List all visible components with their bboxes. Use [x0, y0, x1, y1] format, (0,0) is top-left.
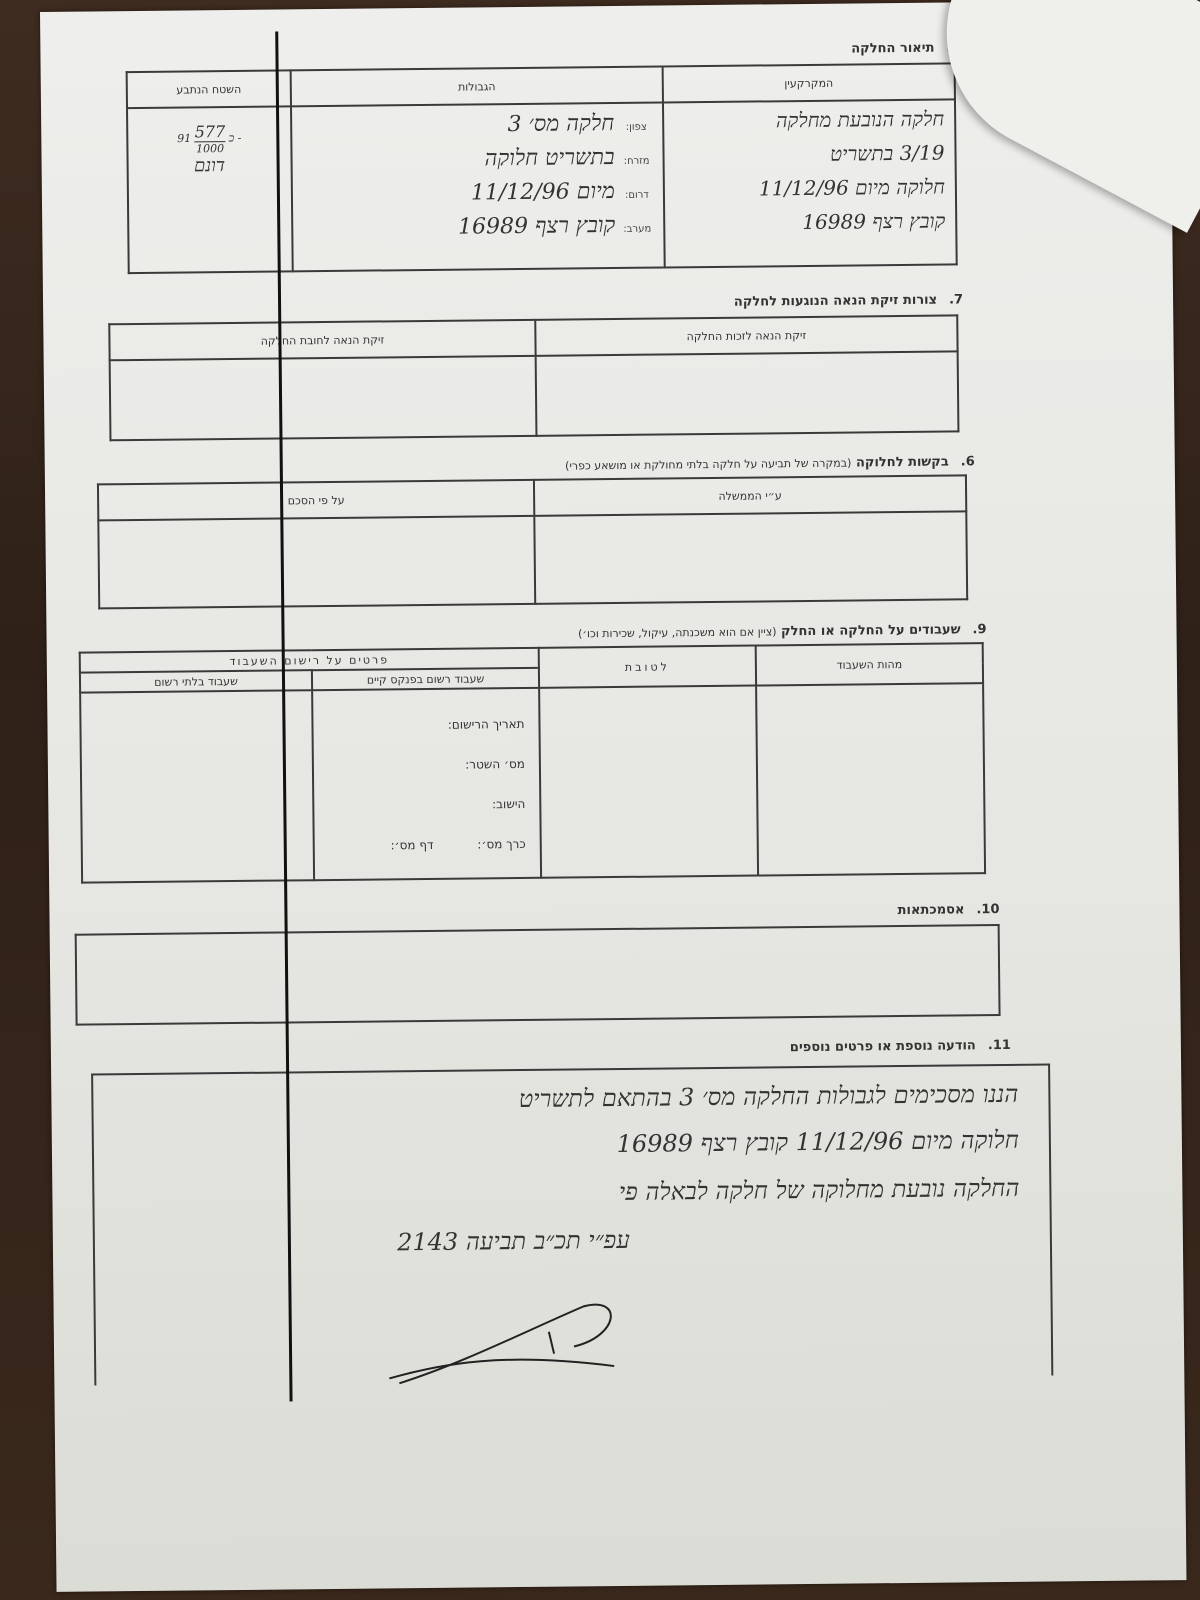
form-page: 6.תיאור החלקה המקרקעין הגבולות השטח הנתב… — [40, 0, 1186, 1592]
section-10-table — [75, 924, 1001, 1026]
col-by-government: ע״י הממשלה — [534, 475, 966, 516]
note-line-2: חלוקה מיום 11/12/96 קובץ רצף 16989 — [616, 1126, 1019, 1159]
col-boundaries: הגבולות — [291, 66, 663, 106]
col-easement-in-favor: זיקת הנאה לזכות החלקה — [535, 315, 957, 355]
section-7-table: זיקת הנאה לזכות החלקה זיקת הנאה לחובת הח… — [108, 314, 959, 441]
col-unregistered-lien: שעבוד בלתי רשום — [80, 670, 312, 692]
section-8-table: ע״י הממשלה על פי הסכם — [97, 474, 968, 609]
registered-lien-fields: תאריך הרישום: מס׳ השטר: הישוב: כרך מס׳: … — [312, 688, 541, 880]
col-by-agreement: על פי הסכם — [98, 480, 534, 521]
col-lien-nature: מהות השעבוד — [756, 643, 983, 685]
signature-icon — [383, 1291, 624, 1404]
note-line-1: הננו מסכימים לגבולות החלקה מס׳ 3 בהתאם ל… — [519, 1080, 1019, 1114]
boundary-south: דרום:מיום 11/12/96 — [303, 178, 653, 216]
boundary-north: צפון:חלקה מס׳ 3 — [302, 110, 652, 148]
col-property: המקרקעין — [663, 63, 955, 102]
col-easement-against: זיקת הנאה לחובת החלקה — [109, 320, 535, 360]
boundary-west: מערב:קובץ רצף 16989 — [303, 212, 653, 250]
section-11-title: 11.הודעה נוספת או פרטים נוספים — [790, 1038, 1011, 1055]
area-cell: 91 577 1000 כ - דונם — [127, 106, 293, 273]
section-10-title: 10.אסמכתאות — [898, 902, 1000, 918]
col-beneficiary: לטובת — [539, 646, 756, 688]
col-registered-lien: שעבוד רשום בפנקס קיים — [312, 668, 539, 690]
note-line-4: עפ״י תכ״ב תביעה 2143 — [397, 1226, 630, 1257]
section-8-title: 6.בקשות לחלוקה (במקרה של תביעה על חלקה ב… — [565, 454, 975, 473]
section-6-title: 6.תיאור החלקה — [851, 40, 960, 56]
boundaries-cell: צפון:חלקה מס׳ 3 מזרח:בתשריט חלוקה דרום:מ… — [291, 102, 665, 271]
property-cell: חלקה הנובעת מחלקה 3/19 בתשריט חלוקה מיום… — [663, 99, 957, 267]
section-7-title: 7.צורות זיקת הנאה הנוגעות לחלקה — [734, 292, 963, 309]
section-9-title: 9.שעבודים על החלקה או החלק (ציין אם הוא … — [578, 622, 987, 641]
boundary-east: מזרח:בתשריט חלוקה — [302, 144, 652, 182]
col-area: השטח הנתבע — [127, 70, 291, 108]
section-9-table: מהות השעבוד לטובת פרטים על רישום השעבוד … — [79, 642, 986, 883]
note-line-3: החלקה נובעת מחלוקה של חלקה לבאלה פי — [619, 1174, 1020, 1207]
section-6-table: המקרקעין הגבולות השטח הנתבע חלקה הנובעת … — [126, 62, 958, 274]
